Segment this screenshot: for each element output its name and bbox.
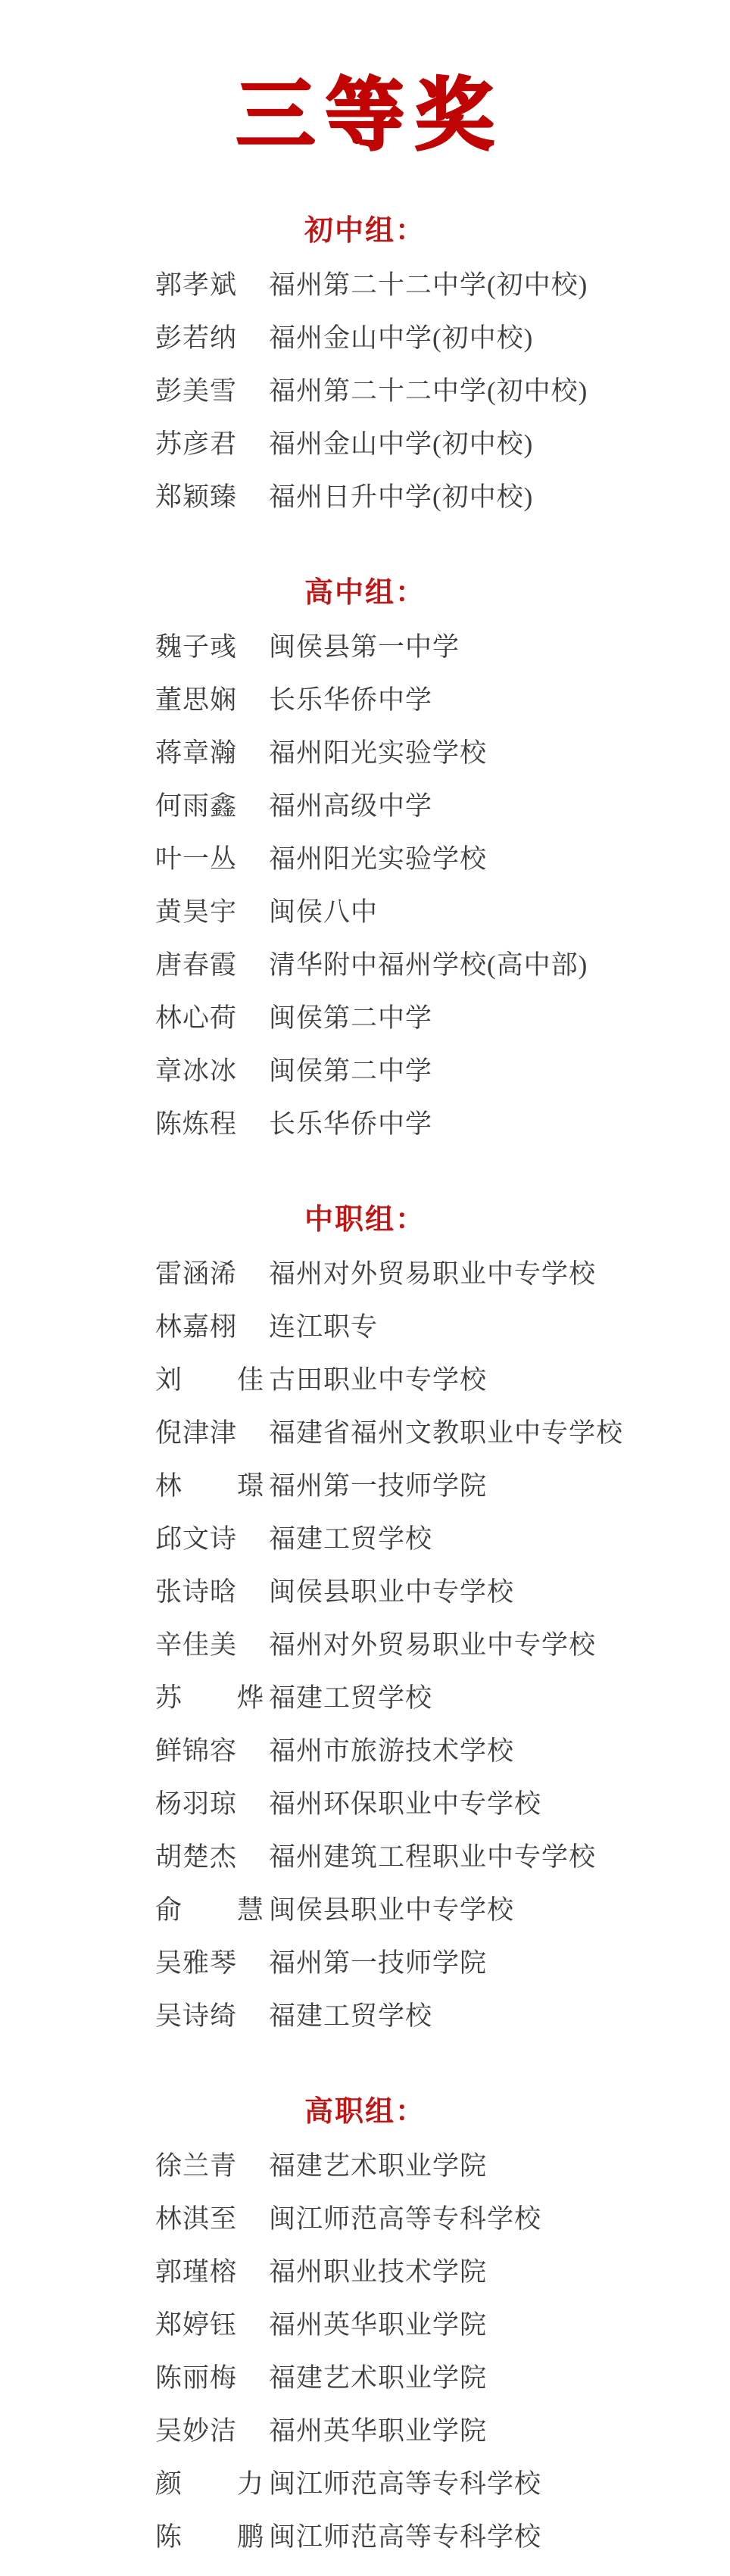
winner-name: 陈 鹏 (155, 2521, 269, 2554)
winner-school: 闽侯第二中学 (269, 1002, 730, 1035)
winner-row: 俞 慧 闽侯县职业中专学校 (0, 1884, 730, 1937)
winner-school: 福州建筑工程职业中专学校 (269, 1841, 730, 1874)
winner-row: 董思娴 长乐华侨中学 (0, 674, 730, 727)
winner-row: 林心荷 闽侯第二中学 (0, 992, 730, 1045)
group-heading: 中职组： (0, 1202, 730, 1237)
winner-name: 董思娴 (155, 684, 269, 717)
winner-row: 倪津津 福建省福州文教职业中专学校 (0, 1407, 730, 1460)
winner-name: 倪津津 (155, 1417, 269, 1450)
winner-row: 刘 佳 古田职业中专学校 (0, 1354, 730, 1407)
winner-name: 林淇至 (155, 2203, 269, 2236)
winner-name: 吴雅琴 (155, 1947, 269, 1980)
winner-row: 郑婷钰 福州英华职业学院 (0, 2299, 730, 2352)
winner-name: 辛佳美 (155, 1629, 269, 1662)
winner-school: 闽侯县职业中专学校 (269, 1894, 730, 1927)
winner-row: 吴妙洁 福州英华职业学院 (0, 2405, 730, 2458)
award-group: 中职组： 雷涵浠 福州对外贸易职业中专学校 林嘉栩 连江职专 刘 佳 古田职业中… (0, 1202, 730, 2043)
winner-school: 福州市旅游技术学校 (269, 1735, 730, 1768)
winner-school: 福州第一技师学院 (269, 1947, 730, 1980)
group-heading: 初中组： (0, 214, 730, 248)
winner-row: 郭孝斌 福州第二十二中学(初中校) (0, 259, 730, 312)
winner-school: 连江职专 (269, 1311, 730, 1344)
award-document: 三等奖 初中组： 郭孝斌 福州第二十二中学(初中校) 彭若纳 福州金山中学(初中… (0, 0, 730, 2564)
winner-name: 蒋章瀚 (155, 737, 269, 770)
winner-school: 闽侯八中 (269, 896, 730, 929)
winner-row: 邱文诗 福建工贸学校 (0, 1513, 730, 1566)
winner-name: 章冰冰 (155, 1055, 269, 1088)
winner-row: 辛佳美 福州对外贸易职业中专学校 (0, 1619, 730, 1672)
winner-name: 刘 佳 (155, 1364, 269, 1397)
winner-row: 叶一丛 福州阳光实验学校 (0, 833, 730, 886)
award-group: 高职组： 徐兰青 福建艺术职业学院 林淇至 闽江师范高等专科学校 郭瑾榕 福州职… (0, 2094, 730, 2564)
winner-school: 闽侯第二中学 (269, 1055, 730, 1088)
winner-row: 何雨鑫 福州高级中学 (0, 780, 730, 833)
winner-school: 长乐华侨中学 (269, 1108, 730, 1141)
winner-school: 福州金山中学(初中校) (269, 428, 730, 461)
group-entries: 魏子彧 闽侯县第一中学 董思娴 长乐华侨中学 蒋章瀚 福州阳光实验学校 何雨鑫 … (0, 621, 730, 1151)
winner-row: 唐春霞 清华附中福州学校(高中部) (0, 939, 730, 992)
winner-name: 叶一丛 (155, 843, 269, 876)
winner-name: 彭若纳 (155, 322, 269, 355)
winner-name: 林 璟 (155, 1470, 269, 1503)
winner-school: 福州第二十二中学(初中校) (269, 269, 730, 302)
winner-row: 胡楚杰 福州建筑工程职业中专学校 (0, 1831, 730, 1884)
winner-school: 福州第二十二中学(初中校) (269, 375, 730, 408)
winner-school: 闽侯县职业中专学校 (269, 1576, 730, 1609)
winner-row: 林淇至 闽江师范高等专科学校 (0, 2193, 730, 2246)
winner-name: 唐春霞 (155, 949, 269, 982)
winner-row: 郑颖臻 福州日升中学(初中校) (0, 471, 730, 524)
winner-school: 福建艺术职业学院 (269, 2150, 730, 2183)
winner-school: 福建工贸学校 (269, 1523, 730, 1556)
winner-name: 张诗晗 (155, 1576, 269, 1609)
winner-school: 福州高级中学 (269, 790, 730, 823)
winner-school: 福州日升中学(初中校) (269, 481, 730, 514)
winner-name: 郭瑾榕 (155, 2256, 269, 2289)
winner-row: 黄昊宇 闽侯八中 (0, 886, 730, 939)
winner-school: 福州职业技术学院 (269, 2256, 730, 2289)
winner-school: 福州环保职业中专学校 (269, 1788, 730, 1821)
group-heading: 高职组： (0, 2094, 730, 2129)
winner-name: 魏子彧 (155, 631, 269, 664)
winner-row: 彭若纳 福州金山中学(初中校) (0, 312, 730, 365)
winner-row: 鲜锦容 福州市旅游技术学校 (0, 1725, 730, 1778)
winner-school: 福州阳光实验学校 (269, 843, 730, 876)
winner-name: 何雨鑫 (155, 790, 269, 823)
winner-row: 苏 烨 福建工贸学校 (0, 1672, 730, 1725)
winner-row: 陈 鹏 闽江师范高等专科学校 (0, 2511, 730, 2564)
winner-row: 徐兰青 福建艺术职业学院 (0, 2140, 730, 2193)
winner-name: 吴诗绮 (155, 2000, 269, 2033)
winner-row: 陈炼程 长乐华侨中学 (0, 1098, 730, 1151)
winner-name: 杨羽琼 (155, 1788, 269, 1821)
winner-school: 福州英华职业学院 (269, 2415, 730, 2448)
winner-school: 福州英华职业学院 (269, 2309, 730, 2342)
winner-name: 胡楚杰 (155, 1841, 269, 1874)
winner-row: 蒋章瀚 福州阳光实验学校 (0, 727, 730, 780)
winner-name: 徐兰青 (155, 2150, 269, 2183)
winner-name: 林嘉栩 (155, 1311, 269, 1344)
winner-name: 郑颖臻 (155, 481, 269, 514)
winner-row: 苏彦君 福州金山中学(初中校) (0, 418, 730, 471)
winner-name: 苏彦君 (155, 428, 269, 461)
group-entries: 雷涵浠 福州对外贸易职业中专学校 林嘉栩 连江职专 刘 佳 古田职业中专学校 倪… (0, 1248, 730, 2043)
winner-row: 林 璟 福州第一技师学院 (0, 1460, 730, 1513)
winner-row: 张诗晗 闽侯县职业中专学校 (0, 1566, 730, 1619)
winner-row: 吴雅琴 福州第一技师学院 (0, 1937, 730, 1990)
winner-name: 邱文诗 (155, 1523, 269, 1556)
winner-school: 福州对外贸易职业中专学校 (269, 1258, 730, 1291)
winner-school: 福建省福州文教职业中专学校 (269, 1417, 730, 1450)
winner-row: 魏子彧 闽侯县第一中学 (0, 621, 730, 674)
winner-row: 林嘉栩 连江职专 (0, 1301, 730, 1354)
winner-name: 俞 慧 (155, 1894, 269, 1927)
winner-school: 闽江师范高等专科学校 (269, 2521, 730, 2554)
group-heading: 高中组： (0, 575, 730, 610)
group-entries: 徐兰青 福建艺术职业学院 林淇至 闽江师范高等专科学校 郭瑾榕 福州职业技术学院… (0, 2140, 730, 2564)
winner-name: 鲜锦容 (155, 1735, 269, 1768)
winner-row: 章冰冰 闽侯第二中学 (0, 1045, 730, 1098)
winner-row: 杨羽琼 福州环保职业中专学校 (0, 1778, 730, 1831)
winner-school: 闽江师范高等专科学校 (269, 2203, 730, 2236)
award-group: 初中组： 郭孝斌 福州第二十二中学(初中校) 彭若纳 福州金山中学(初中校) 彭… (0, 214, 730, 524)
winner-name: 陈炼程 (155, 1108, 269, 1141)
winner-row: 陈丽梅 福建艺术职业学院 (0, 2352, 730, 2405)
winner-school: 长乐华侨中学 (269, 684, 730, 717)
award-title: 三等奖 (0, 73, 730, 157)
winner-school: 清华附中福州学校(高中部) (269, 949, 730, 982)
winner-row: 彭美雪 福州第二十二中学(初中校) (0, 365, 730, 418)
winner-row: 雷涵浠 福州对外贸易职业中专学校 (0, 1248, 730, 1301)
winner-school: 福建工贸学校 (269, 2000, 730, 2033)
award-list: 初中组： 郭孝斌 福州第二十二中学(初中校) 彭若纳 福州金山中学(初中校) 彭… (0, 214, 730, 2564)
winner-school: 福州第一技师学院 (269, 1470, 730, 1503)
winner-row: 吴诗绮 福建工贸学校 (0, 1990, 730, 2043)
winner-school: 闽江师范高等专科学校 (269, 2468, 730, 2501)
winner-school: 福建艺术职业学院 (269, 2362, 730, 2395)
winner-school: 福州金山中学(初中校) (269, 322, 730, 355)
winner-school: 福州对外贸易职业中专学校 (269, 1629, 730, 1662)
winner-school: 福建工贸学校 (269, 1682, 730, 1715)
winner-name: 苏 烨 (155, 1682, 269, 1715)
winner-school: 古田职业中专学校 (269, 1364, 730, 1397)
award-group: 高中组： 魏子彧 闽侯县第一中学 董思娴 长乐华侨中学 蒋章瀚 福州阳光实验学校… (0, 575, 730, 1151)
winner-name: 雷涵浠 (155, 1258, 269, 1291)
winner-name: 林心荷 (155, 1002, 269, 1035)
winner-name: 黄昊宇 (155, 896, 269, 929)
winner-name: 颜 力 (155, 2468, 269, 2501)
winner-name: 陈丽梅 (155, 2362, 269, 2395)
winner-name: 郭孝斌 (155, 269, 269, 302)
winner-row: 颜 力 闽江师范高等专科学校 (0, 2458, 730, 2511)
group-entries: 郭孝斌 福州第二十二中学(初中校) 彭若纳 福州金山中学(初中校) 彭美雪 福州… (0, 259, 730, 524)
winner-name: 郑婷钰 (155, 2309, 269, 2342)
winner-school: 福州阳光实验学校 (269, 737, 730, 770)
winner-name: 吴妙洁 (155, 2415, 269, 2448)
winner-name: 彭美雪 (155, 375, 269, 408)
winner-row: 郭瑾榕 福州职业技术学院 (0, 2246, 730, 2299)
winner-school: 闽侯县第一中学 (269, 631, 730, 664)
